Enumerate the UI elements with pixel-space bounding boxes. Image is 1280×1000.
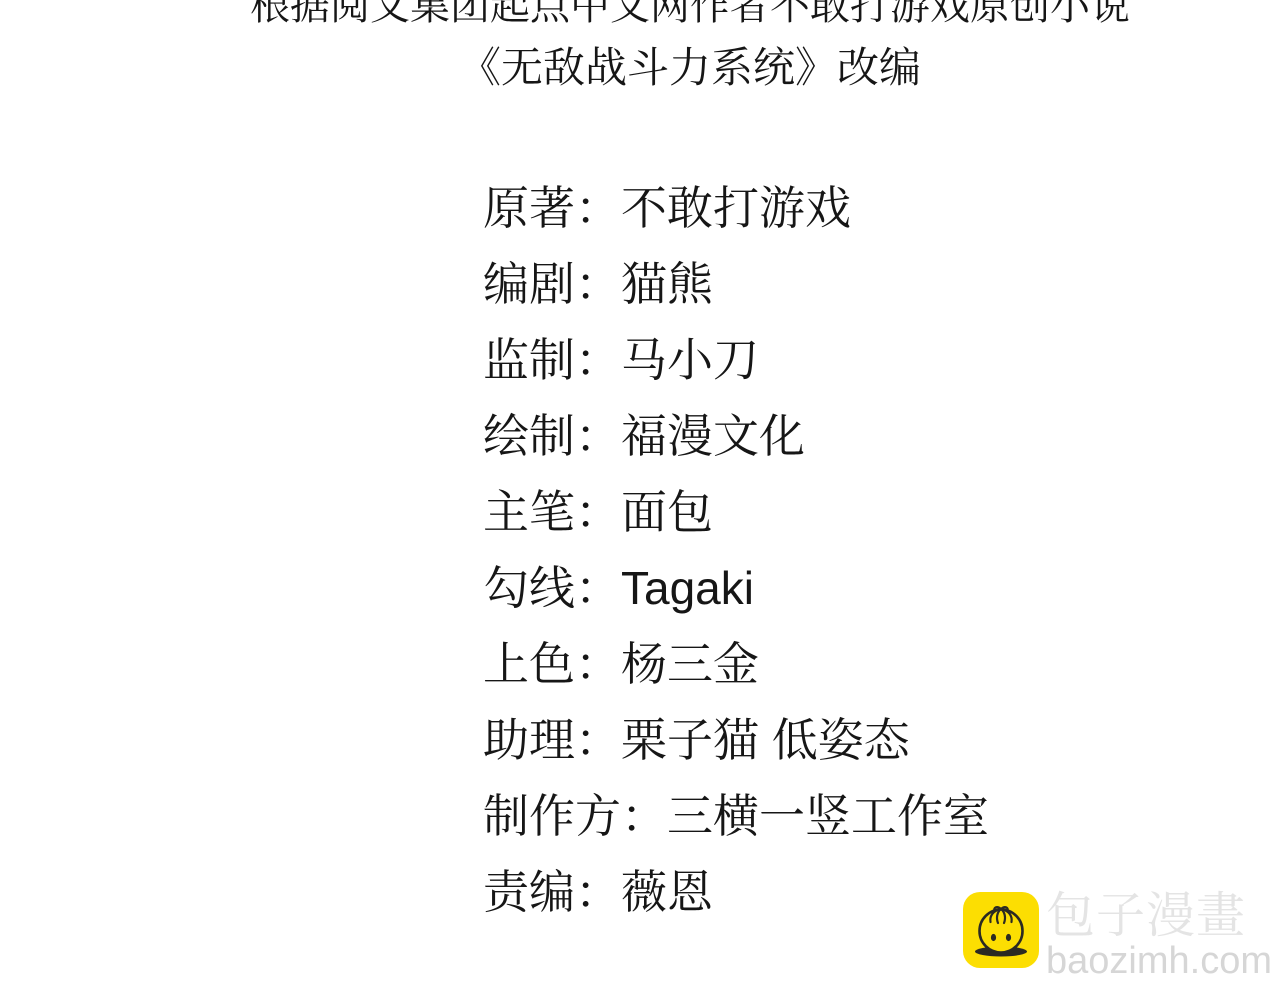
watermark-site-name: 包子漫畫	[1046, 890, 1272, 942]
credit-line-assistants: 助理：栗子猫 低姿态	[483, 702, 989, 778]
adaptation-title-line: 《无敌战斗力系统》改编	[100, 44, 1280, 92]
credit-line-lead-artist: 主笔：面包	[483, 474, 989, 550]
credit-line-art-production: 绘制：福漫文化	[483, 398, 989, 474]
credit-line-coloring: 上色：杨三金	[483, 626, 989, 702]
credit-line-studio: 制作方：三横一竖工作室	[483, 778, 989, 854]
credit-line-supervisor: 监制：马小刀	[483, 322, 989, 398]
credits-page: 根据阅文集团起点中文网作者不敢打游戏原创小说 《无敌战斗力系统》改编 原著：不敢…	[0, 0, 1280, 1000]
watermark-site-url: baozimh.com	[1046, 944, 1272, 978]
watermark-text-block: 包子漫畫 baozimh.com	[1046, 890, 1272, 978]
credit-line-line-art: 勾线：Tagaki	[483, 550, 989, 626]
adaptation-source-line: 根据阅文集团起点中文网作者不敢打游戏原创小说	[100, 0, 1280, 27]
credits-list: 原著：不敢打游戏 编剧：猫熊 监制：马小刀 绘制：福漫文化 主笔：面包 勾线：T…	[483, 170, 989, 930]
credit-line-screenwriter: 编剧：猫熊	[483, 246, 989, 322]
credit-line-editor: 责编：薇恩	[483, 854, 989, 930]
credit-line-original-author: 原著：不敢打游戏	[483, 170, 989, 246]
